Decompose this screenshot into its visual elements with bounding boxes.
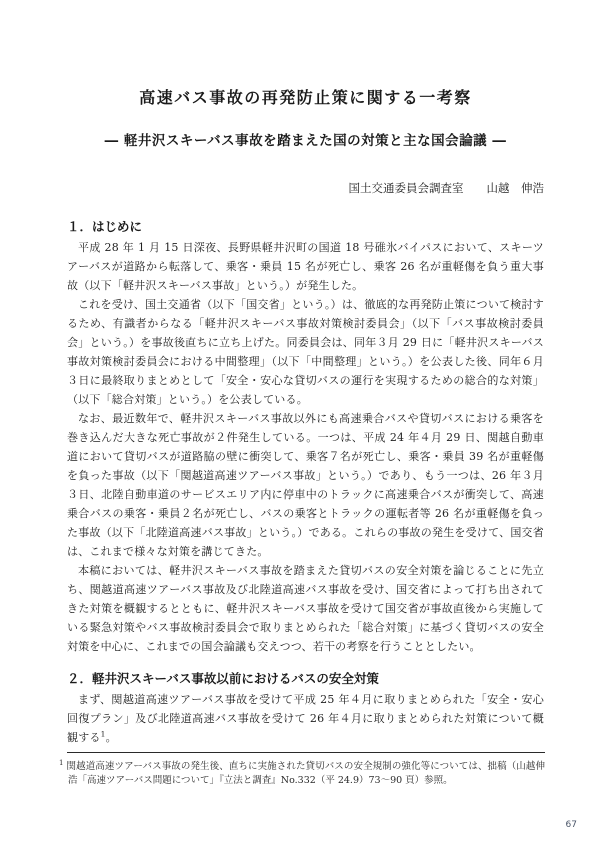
paragraph-text: 。: [106, 731, 117, 744]
section-2-heading: ２．軽井沢スキーバス事故以前におけるバスの安全対策: [67, 669, 544, 688]
footnote-marker: 1: [59, 759, 63, 767]
document-title: 高速バス事故の再発防止策に関する一考察: [67, 85, 544, 108]
footnote-separator: [67, 752, 545, 753]
author-line: 国土交通委員会調査室 山越 伸浩: [67, 180, 544, 196]
section-pre-karuizawa-safety-measures: ２．軽井沢スキーバス事故以前におけるバスの安全対策 まず、関越道高速ツアーバス事…: [67, 669, 544, 747]
section-1-heading: １．はじめに: [67, 217, 544, 236]
paragraph: なお、最近数年で、軽井沢スキーバス事故以外にも高速乗合バスや貸切バスにおける乗客…: [67, 409, 544, 561]
paragraph: まず、関越道高速ツアーバス事故を受けて平成 25 年４月に取りまとめられた「安全…: [67, 690, 544, 747]
paragraph: 本稿においては、軽井沢スキーバス事故を踏まえた貸切バスの安全対策を論じることに先…: [67, 561, 544, 656]
section-introduction: １．はじめに 平成 28 年 1 月 15 日深夜、長野県軽井沢町の国道 18 …: [67, 217, 544, 656]
document-subtitle: ― 軽井沢スキーバス事故を踏まえた国の対策と主な国会論議 ―: [67, 129, 544, 149]
page-number: 67: [566, 820, 577, 830]
footnote-area: 1関越道高速ツアーバス事故の発生後、直ちに実施された貸切バスの安全規制の強化等に…: [67, 752, 545, 788]
paragraph: 平成 28 年 1 月 15 日深夜、長野県軽井沢町の国道 18 号碓氷バイパス…: [67, 238, 544, 295]
page-content: 高速バス事故の再発防止策に関する一考察 ― 軽井沢スキーバス事故を踏まえた国の対…: [67, 0, 544, 747]
footnote-text: 関越道高速ツアーバス事故の発生後、直ちに実施された貸切バスの安全規制の強化等につ…: [66, 761, 545, 786]
paragraph: これを受け、国土交通省（以下「国交省」という。）は、徹底的な再発防止策について検…: [67, 295, 544, 409]
document-page: 高速バス事故の再発防止策に関する一考察 ― 軽井沢スキーバス事故を踏まえた国の対…: [0, 0, 608, 844]
footnote: 1関越道高速ツアーバス事故の発生後、直ちに実施された貸切バスの安全規制の強化等に…: [68, 760, 545, 788]
paragraph-text: まず、関越道高速ツアーバス事故を受けて平成 25 年４月に取りまとめられた「安全…: [67, 693, 544, 744]
